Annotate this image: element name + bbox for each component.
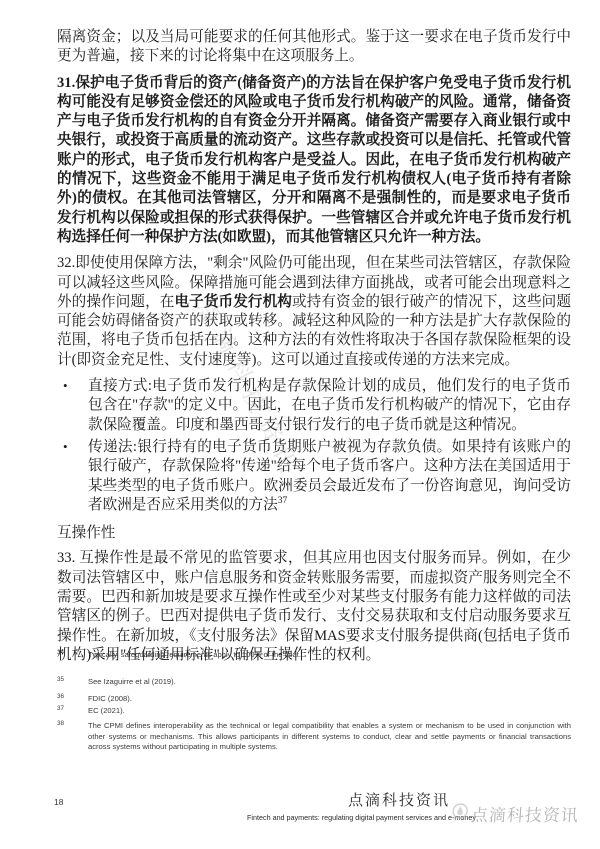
paragraph-intro: 隔离资金；以及当局可能要求的任何其他形式。鉴于这一要求在电子货币发行中更为普遍，…	[57, 28, 571, 67]
bullet-icon: •	[63, 437, 68, 456]
corner-watermark: 点滴科技资讯	[451, 801, 580, 826]
footnote-text: EC (2021).	[88, 706, 571, 717]
bullet-icon: •	[63, 376, 68, 395]
bullet-direct-method-text: 直接方式:电子货币发行机构是存款保险计划的成员，他们发行的电子货币包含在"存款"…	[88, 378, 571, 433]
footnotes-block: 34 Typically, safeguarding requirements …	[57, 650, 571, 753]
footnote-number: 37	[57, 704, 88, 715]
footnote-number: 36	[57, 692, 88, 703]
bullet-passthrough-method-text: 传递法:银行持有的电子货币货期账户被视为存款负债。如果持有该账户的银行破产，存款…	[88, 439, 571, 513]
footnote-36: 36 FDIC (2008).	[57, 694, 571, 705]
droplet-logo-icon	[451, 803, 468, 824]
list-item: •传递法:银行持有的电子货币货期账户被视为存款负债。如果持有该账户的银行破产，存…	[88, 438, 571, 515]
paragraph-32-bold-term: 电子货币发行机构	[175, 294, 293, 310]
footer-document-title: Fintech and payments: regulating digital…	[247, 813, 476, 822]
footnote-35: 35 See Izaguirre et al (2019).	[57, 677, 571, 688]
footnote-number: 35	[57, 675, 88, 686]
footnote-number: 34	[57, 648, 88, 659]
footnote-number: 38	[57, 719, 88, 730]
list-item: •直接方式:电子货币发行机构是存款保险计划的成员，他们发行的电子货币包含在"存款…	[88, 377, 571, 435]
document-body: 隔离资金；以及当局可能要求的任何其他形式。鉴于这一要求在电子货币发行中更为普遍，…	[57, 28, 571, 672]
paragraph-33: 33. 互操作性是最不常见的监管要求，但其应用也因支付服务而异。例如，在少数司法…	[57, 549, 571, 665]
footnote-34: 34 Typically, safeguarding requirements …	[57, 650, 571, 661]
footnote-text: FDIC (2008).	[88, 694, 571, 705]
footnote-text: The CPMI defines interoperability as the…	[88, 721, 571, 753]
section-heading-interoperability: 互操作性	[57, 524, 571, 543]
footnote-37: 37 EC (2021).	[57, 706, 571, 717]
page-number: 18	[54, 797, 63, 807]
footnote-text: Typically, safeguarding requirements app…	[88, 650, 571, 661]
paragraph-31: 31.保护电子货币背后的资产(储备资产)的方法旨在保护客户免受电子货币发行机构可…	[57, 74, 571, 248]
method-bullet-list: •直接方式:电子货币发行机构是存款保险计划的成员，他们发行的电子货币包含在"存款…	[57, 377, 571, 515]
footnote-reference-37: 37	[278, 496, 288, 506]
document-page: 点滴科技资讯 隔离资金；以及当局可能要求的任何其他形式。鉴于这一要求在电子货币发…	[0, 0, 600, 849]
paragraph-32: 32.即使使用保障方法，"剩余"风险仍可能出现，但在某些司法管辖区，存款保险可以…	[57, 254, 571, 370]
corner-watermark-text: 点滴科技资讯	[470, 801, 580, 826]
footnote-38: 38 The CPMI defines interoperability as …	[57, 721, 571, 753]
footnote-text: See Izaguirre et al (2019).	[88, 677, 571, 688]
footer-brand-title: 点滴科技资讯	[348, 789, 450, 810]
